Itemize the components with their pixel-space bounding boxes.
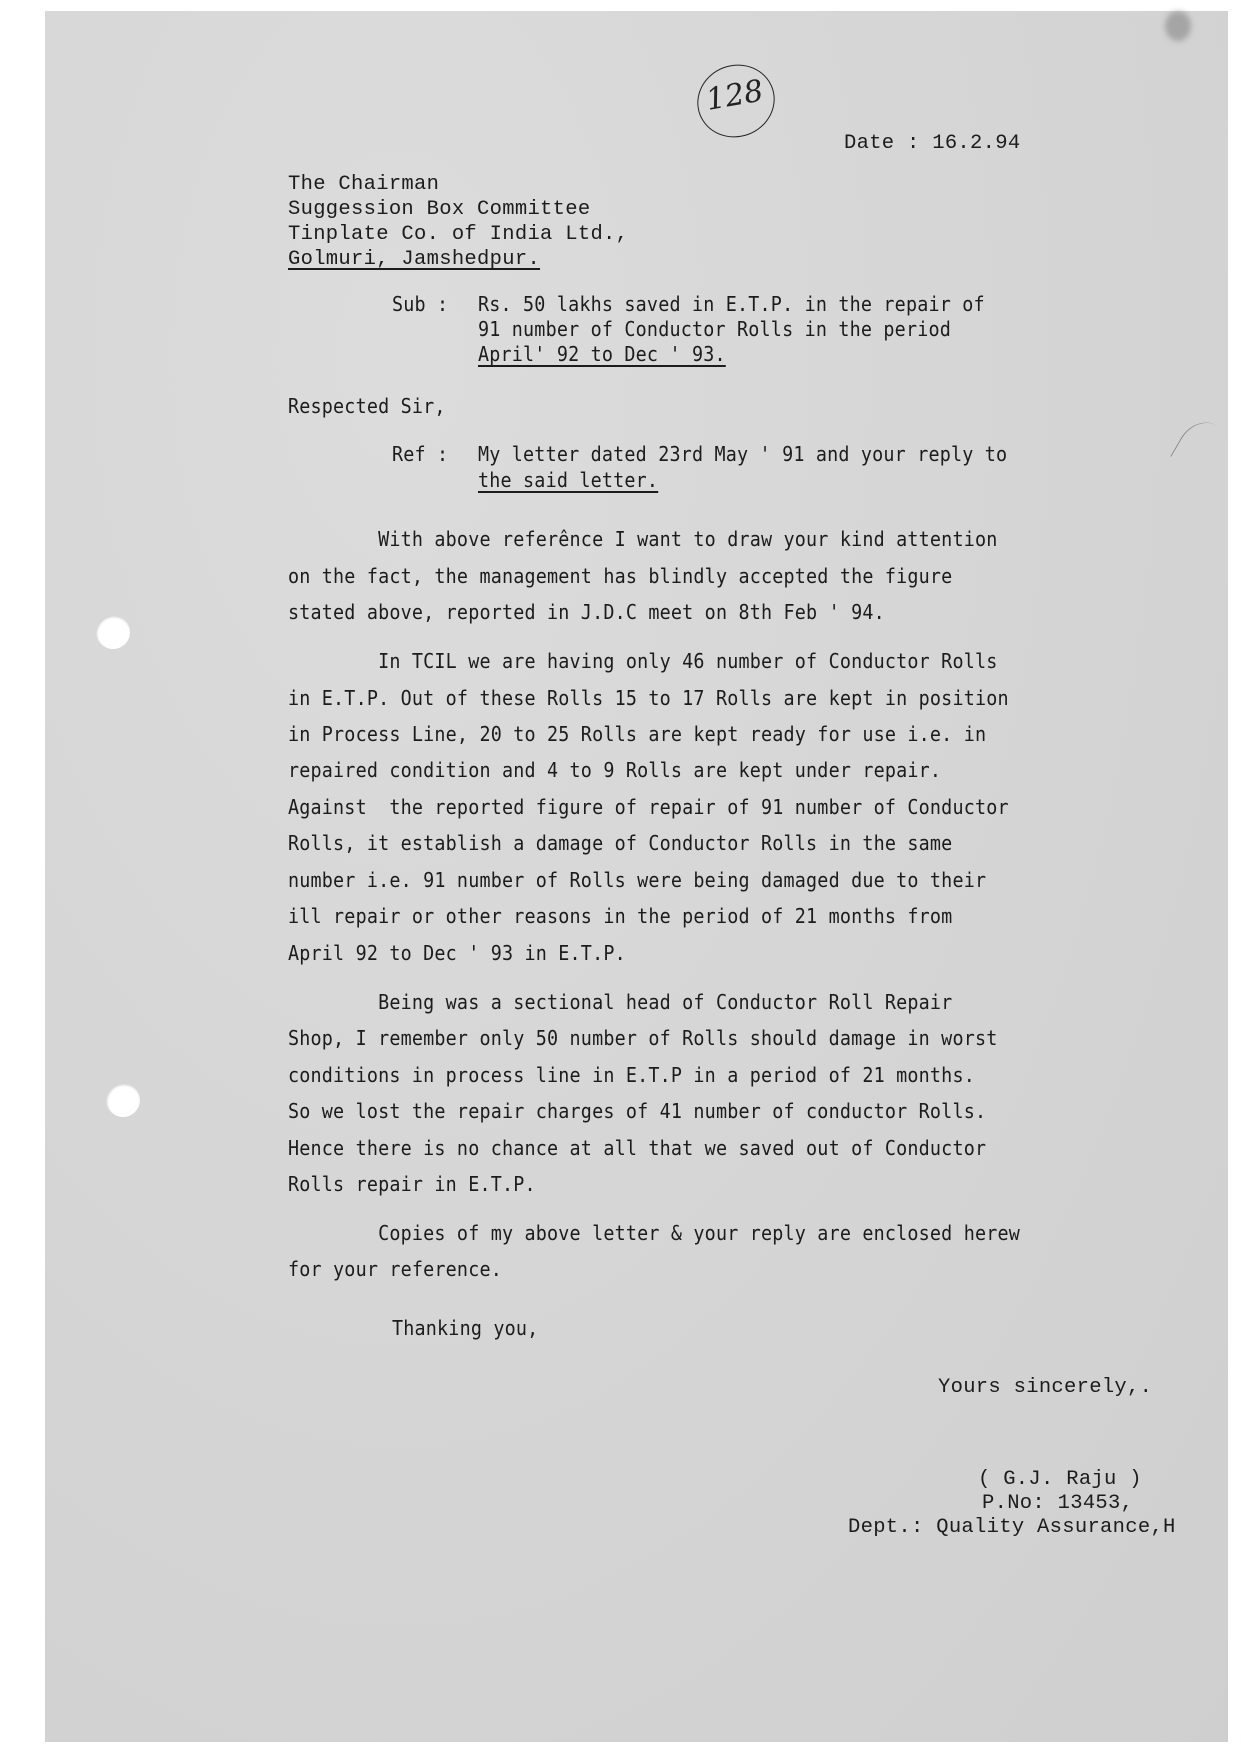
- salutation: Respected Sir,: [288, 394, 446, 418]
- letter-date: Date : 16.2.94: [844, 132, 1020, 155]
- punch-hole-bottom: [106, 1083, 140, 1117]
- paragraph-line: So we lost the repair charges of 41 numb…: [288, 1099, 986, 1123]
- paragraph-line: In TCIL we are having only 46 number of …: [288, 649, 997, 673]
- paragraph-line: Hence there is no chance at all that we …: [288, 1136, 986, 1160]
- recipient-line-3: Tinplate Co. of India Ltd.,: [288, 223, 628, 246]
- recipient-line-2: Suggession Box Committee: [288, 198, 590, 221]
- recipient-line-1: The Chairman: [288, 173, 439, 196]
- closing-thanks: Thanking you,: [392, 1316, 538, 1340]
- closing: Yours sincerely,.: [938, 1376, 1152, 1399]
- signature-pno: P.No: 13453,: [982, 1492, 1133, 1515]
- paragraph-line: Shop, I remember only 50 number of Rolls…: [288, 1026, 997, 1050]
- paragraph-line: Against the reported figure of repair of…: [288, 795, 1009, 819]
- paragraph-line: in E.T.P. Out of these Rolls 15 to 17 Ro…: [288, 686, 1009, 710]
- subject-line-2: 91 number of Conductor Rolls in the peri…: [478, 317, 951, 341]
- paragraph-line: ill repair or other reasons in the perio…: [288, 904, 952, 928]
- paragraph-line: With above referênce I want to draw your…: [288, 527, 997, 551]
- paragraph-line: April 92 to Dec ' 93 in E.T.P.: [288, 941, 626, 965]
- paragraph-line: repaired condition and 4 to 9 Rolls are …: [288, 758, 941, 782]
- subject-line-3: April' 92 to Dec ' 93.: [478, 342, 726, 366]
- paragraph-line: number i.e. 91 number of Rolls were bein…: [288, 868, 986, 892]
- paragraph-line: for your reference.: [288, 1257, 502, 1281]
- subject-label: Sub :: [392, 292, 448, 316]
- subject-line-1: Rs. 50 lakhs saved in E.T.P. in the repa…: [478, 292, 985, 316]
- paragraph-line: Rolls, it establish a damage of Conducto…: [288, 831, 952, 855]
- paragraph-line: Copies of my above letter & your reply a…: [288, 1221, 1020, 1245]
- reference-line-1: My letter dated 23rd May ' 91 and your r…: [478, 442, 1007, 466]
- paragraph-line: conditions in process line in E.T.P in a…: [288, 1063, 975, 1087]
- recipient-line-4: Golmuri, Jamshedpur.: [288, 248, 540, 271]
- paragraph-line: on the fact, the management has blindly …: [288, 564, 952, 588]
- paragraph-line: stated above, reported in J.D.C meet on …: [288, 600, 885, 624]
- signature-name: ( G.J. Raju ): [978, 1468, 1142, 1491]
- paragraph-line: Being was a sectional head of Conductor …: [288, 990, 952, 1014]
- paragraph-line: in Process Line, 20 to 25 Rolls are kept…: [288, 722, 986, 746]
- paragraph-line: Rolls repair in E.T.P.: [288, 1172, 536, 1196]
- ink-smudge: [1165, 11, 1191, 41]
- reference-line-2: the said letter.: [478, 468, 658, 492]
- reference-label: Ref :: [392, 442, 448, 466]
- punch-hole-top: [96, 615, 130, 649]
- signature-dept: Dept.: Quality Assurance,H: [848, 1516, 1176, 1539]
